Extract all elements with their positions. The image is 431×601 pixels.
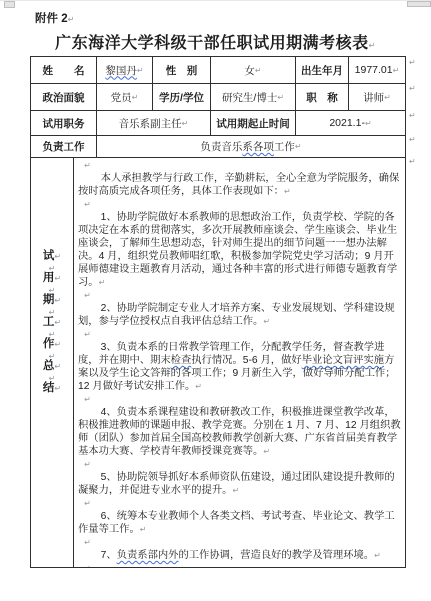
name-value-cell[interactable]: 黎国丹↵ — [96, 57, 152, 83]
birth-label-cell: 出生年月 — [295, 57, 348, 83]
blank-line: ↵ — [78, 497, 401, 510]
blank-line: ↵ — [49, 307, 56, 316]
gender-label-cell: 性 别 — [152, 57, 210, 83]
blank-line: ↵ — [78, 198, 401, 211]
scrollbar-fragment — [407, 1, 431, 7]
paragraph-mark: ↵ — [140, 525, 147, 534]
text-segment: 工作 — [274, 139, 295, 154]
text-segment: 7、 — [101, 550, 117, 561]
paragraph-mark: ↵ — [54, 252, 61, 261]
text-segment: 执行情况。5-6 月，做好 — [191, 355, 301, 366]
table-row-position: 试用职务 音乐系副主任↵ 试用期起止时间 2021.1-↵ — [31, 110, 405, 135]
summary-paragraph: 7、负责系部内外的工作协调，营造良好的教学及管理环境。↵ — [78, 549, 401, 562]
paragraph-mark: ↵ — [54, 318, 61, 327]
summary-paragraph: 本人承担教学与行政工作，辛勤耕耘，全心全意为学院服务，确保按时高质完成各项任务，… — [78, 172, 401, 198]
attachment-label: 附件 2↵ — [35, 10, 74, 26]
blank-line: ↵ — [78, 328, 401, 341]
position-label-cell: 试用职务 — [31, 111, 96, 135]
table-row-duty: 负责工作 负责音乐系各项工作↵ — [31, 135, 405, 157]
document-title: 广东海洋大学科级干部任职试用期满考核表↵ — [0, 30, 431, 53]
spellcheck-flagged-text: 检查 — [171, 355, 192, 366]
paragraph-mark: ↵ — [295, 142, 302, 151]
summary-section-label: 试↵↵用↵↵期↵↵工↵↵作↵↵总↵↵结↵ — [31, 158, 73, 567]
text-segment: 负责音乐 — [200, 139, 242, 154]
paragraph-mark: ↵ — [137, 66, 144, 75]
birth-value-cell[interactable]: 1977.01↵ — [348, 57, 405, 83]
paragraph-mark: ↵ — [84, 460, 91, 469]
row-end-mark: ↵ — [409, 157, 416, 166]
text-segment: 4、负责本系课程建设和教研教改工作，积极推进课堂教学改革，积极推进教师的课题申报… — [78, 407, 401, 457]
paragraph-mark: ↵ — [54, 274, 61, 283]
paragraph-mark: ↵ — [99, 278, 106, 287]
document-page: { "document": { "attachment_label": "附件 … — [0, 0, 431, 601]
blank-line: ↵ — [78, 289, 401, 302]
text-segment: 1、协助学院做好本系教师的思想政治工作，负责学校、学院的各项决定在本系的贯彻落实… — [78, 212, 397, 288]
spellcheck-flagged-text: 毕业论文盲评实施 — [302, 355, 384, 366]
paragraph-mark: ↵ — [54, 340, 61, 349]
paragraph-mark: ↵ — [54, 362, 61, 371]
section-label-char: 工↵ — [43, 316, 61, 329]
summary-paragraph: 1、协助学院做好本系教师的思想政治工作，负责学校、学院的各项决定在本系的贯彻落实… — [78, 211, 401, 289]
paragraph-mark: ↵ — [255, 66, 262, 75]
section-label-char: 期↵ — [43, 294, 61, 307]
section-label-char: 用↵ — [43, 272, 61, 285]
position-value-cell[interactable]: 音乐系副主任↵ — [96, 111, 210, 135]
period-value-cell[interactable]: 2021.1-↵ — [295, 111, 405, 135]
duty-label-cell: 负责工作 — [31, 136, 96, 157]
paragraph-mark: ↵ — [84, 564, 91, 567]
paragraph-mark: ↵ — [374, 551, 381, 560]
name-label-cell: 姓 名 — [31, 57, 96, 83]
gender-value-cell[interactable]: 女↵ — [210, 57, 295, 83]
table-row-political: 政治面貌 党员↵ 学历/学位 研究生/博士↵ 职 称 讲师↵ — [31, 83, 405, 110]
row-end-mark: ↵ — [409, 58, 416, 67]
blank-line: ↵ — [49, 285, 56, 294]
education-value-cell[interactable]: 研究生/博士↵ — [210, 84, 295, 110]
window-corner-fragment — [4, 1, 15, 8]
blank-line: ↵ — [78, 393, 401, 406]
row-end-mark: ↵ — [409, 135, 416, 144]
assessment-form-table: 姓 名 黎国丹↵ 性 别 女↵ 出生年月 1977.01↵ 政治面貌 党员↵ 学… — [30, 56, 406, 568]
text-segment: 6、统筹本专业教师个人各类文档、考试考查、毕业论文、教学工作量等工作。 — [78, 511, 395, 535]
spellcheck-flagged-text: 系各项 — [242, 139, 274, 154]
political-value-cell[interactable]: 党员↵ — [96, 84, 152, 110]
summary-text-cell[interactable]: ↵本人承担教学与行政工作，辛勤耕耘，全心全意为学院服务，确保按时高质完成各项任务… — [73, 158, 405, 567]
paragraph-mark: ↵ — [195, 382, 202, 391]
paragraph-mark: ↵ — [132, 93, 139, 102]
table-row-identity: 姓 名 黎国丹↵ 性 别 女↵ 出生年月 1977.01↵ — [31, 57, 405, 83]
paragraph-mark: ↵ — [54, 296, 61, 305]
jobtitle-label-cell: 职 称 — [295, 84, 348, 110]
spellcheck-flagged-text: 负责系部内外 — [117, 550, 179, 561]
section-label-char: 结↵ — [43, 382, 61, 395]
spellcheck-flagged-text: 黎国丹 — [105, 63, 137, 78]
summary-paragraph: 5、协助院领导抓好本系师资队伍建设，通过团队建设提升教师的凝聚力，并促进专业水平… — [78, 471, 401, 497]
table-row-summary: 试↵↵用↵↵期↵↵工↵↵作↵↵总↵↵结↵ ↵本人承担教学与行政工作，辛勤耕耘，全… — [31, 157, 405, 567]
row-end-mark: ↵ — [409, 111, 416, 120]
blank-line: ↵ — [78, 458, 401, 471]
summary-paragraph: 6、统筹本专业教师个人各类文档、考试考查、毕业论文、教学工作量等工作。↵ — [78, 510, 401, 536]
jobtitle-value-cell[interactable]: 讲师↵ — [348, 84, 405, 110]
row-end-mark: ↵ — [409, 84, 416, 93]
blank-line: ↵ — [49, 329, 56, 338]
summary-paragraph: 2、协助学院制定专业人才培养方案、专业发展规划、学科建设规划，参与学位授权点自我… — [78, 302, 401, 328]
political-label-cell: 政治面貌 — [31, 84, 96, 110]
paragraph-mark: ↵ — [84, 291, 91, 300]
period-label-cell: 试用期起止时间 — [210, 111, 295, 135]
paragraph-mark: ↵ — [277, 93, 284, 102]
paragraph-mark: ↵ — [263, 317, 270, 326]
paragraph-mark: ↵ — [84, 200, 91, 209]
paragraph-mark: ↵ — [84, 538, 91, 547]
paragraph-mark: ↵ — [263, 447, 270, 456]
text-segment: 本人承担教学与行政工作，辛勤耕耘，全心全意为学院服务，确保按时高质完成各项任务，… — [78, 173, 399, 197]
paragraph-mark: ↵ — [182, 119, 189, 128]
paragraph-mark: ↵ — [365, 119, 372, 128]
paragraph-mark: ↵ — [54, 384, 61, 393]
paragraph-mark: ↵ — [84, 161, 91, 170]
section-label-char: 试↵ — [43, 250, 61, 263]
paragraph-mark: ↵ — [284, 187, 291, 196]
paragraph-mark: ↵ — [68, 15, 75, 24]
section-label-char: 作↵ — [43, 338, 61, 351]
paragraph-mark: ↵ — [84, 395, 91, 404]
text-segment: 的工作协调，营造良好的教学及管理环境。 — [178, 550, 374, 561]
education-label-cell: 学历/学位 — [152, 84, 210, 110]
paragraph-mark: ↵ — [384, 93, 391, 102]
blank-line: ↵ — [49, 263, 56, 272]
paragraph-mark: ↵ — [393, 66, 400, 75]
paragraph-mark: ↵ — [369, 41, 376, 50]
summary-paragraph: 4、负责本系课程建设和教研教改工作，积极推进课堂教学改革，积极推进教师的课题申报… — [78, 406, 401, 458]
paragraph-mark: ↵ — [84, 330, 91, 339]
blank-line: ↵ — [78, 536, 401, 549]
blank-line: ↵ — [78, 159, 401, 172]
text-segment: 2、协助学院制定专业人才培养方案、专业发展规划、学科建设规划，参与学位授权点自我… — [78, 303, 395, 327]
section-label-char: 总↵ — [43, 360, 61, 373]
blank-line: ↵ — [78, 562, 401, 567]
paragraph-mark: ↵ — [232, 486, 239, 495]
blank-line: ↵ — [49, 351, 56, 360]
duty-value-cell[interactable]: 负责音乐系各项工作↵ — [96, 136, 405, 157]
paragraph-mark: ↵ — [84, 499, 91, 508]
summary-paragraph: 3、负责本系的日常教学管理工作，分配教学任务，督查教学进度，并在期中、期末检查执… — [78, 341, 401, 393]
blank-line: ↵ — [49, 373, 56, 382]
